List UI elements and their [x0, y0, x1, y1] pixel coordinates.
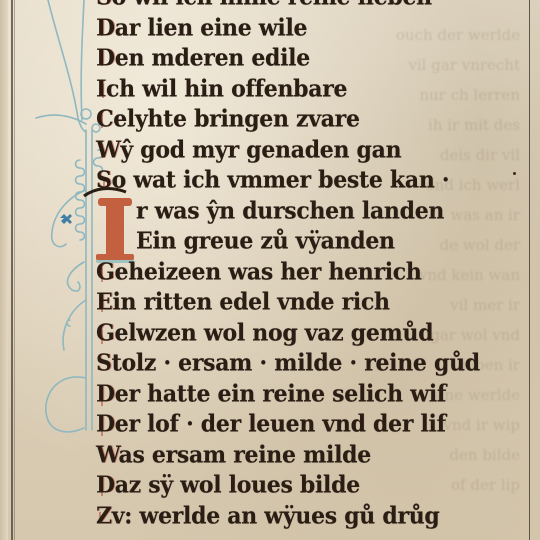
verse-line: Ein greue zů vÿanden — [96, 225, 526, 258]
verse-line: r was ŷn durschen landen — [96, 194, 526, 227]
verse-text-block: So wil ich nnne reine lieben Dar lien ei… — [96, 0, 526, 531]
verse-line: Ich wil hin offenbare — [96, 72, 526, 105]
verse-line: Der hatte ein reine selich wif — [96, 377, 526, 410]
line-capital: Z — [96, 501, 112, 529]
line-capital: D — [96, 471, 115, 499]
line-text: in ritten edel vnde rich — [112, 288, 389, 316]
left-frame-rule-inner — [14, 0, 15, 540]
verse-line: Stolz · ersam · milde · reine gůd — [96, 347, 526, 380]
line-capital: G — [96, 257, 115, 285]
verse-line: Der lof · der leuen vnd der lif — [96, 408, 526, 441]
line-capital: D — [96, 379, 115, 407]
right-frame-rule — [529, 0, 530, 540]
verse-line: Dar lien eine wile — [96, 11, 526, 44]
verse-line: Den mderen edile — [96, 42, 526, 75]
manuscript-page: ouch der werlde vil gar vnrecht nur ch l… — [0, 0, 540, 540]
line-capital: C — [96, 105, 113, 133]
line-text: elyhte bringen zvare — [113, 105, 359, 133]
left-frame-rule — [11, 0, 13, 540]
line-text: az sÿ wol loues bilde — [115, 471, 360, 499]
line-text: tolz · ersam · milde · reine gůd — [112, 349, 480, 377]
verse-line: Was ersam reine milde — [96, 438, 526, 471]
verse-line: Wŷ god myr genaden gan — [96, 133, 526, 166]
line-text: o wil ich nnne reine lieben — [112, 0, 432, 11]
verse-line: Geheizeen was her henrich — [96, 255, 526, 288]
verse-line: Gelwzen wol nog vaz gemůd — [96, 316, 526, 349]
line-text: ar lien eine wile — [115, 13, 307, 41]
punctus-mark — [513, 172, 516, 175]
line-capital: S — [96, 0, 112, 11]
line-capital: G — [96, 318, 115, 346]
line-capital: E — [96, 288, 112, 316]
parchment-edge — [0, 0, 8, 540]
line-text: er lof · der leuen vnd der lif — [115, 410, 446, 438]
line-capital: S — [96, 349, 112, 377]
line-text: elwzen wol nog vaz gemůd — [115, 318, 434, 346]
line-capital: D — [96, 44, 115, 72]
line-text: o wat ich vmmer beste kan · — [112, 166, 450, 194]
line-capital: S — [96, 166, 112, 194]
line-text: en mderen edile — [115, 44, 310, 72]
line-capital: I — [96, 74, 106, 102]
line-text: eheizeen was her henrich — [115, 257, 422, 285]
line-text: ch wil hin offenbare — [106, 74, 347, 102]
line-text: er hatte ein reine selich wif — [115, 379, 446, 407]
verse-line: Ein ritten edel vnde rich — [96, 286, 526, 319]
verse-line: Celyhte bringen zvare — [96, 103, 526, 136]
line-text: ŷ god myr genaden gan — [120, 135, 401, 163]
line-text: Ein greue zů vÿanden — [136, 227, 395, 255]
line-capital: D — [96, 410, 115, 438]
verse-line: So wat ich vmmer beste kan · — [96, 164, 526, 197]
line-text: r was ŷn durschen landen — [136, 196, 444, 224]
line-capital: W — [96, 440, 119, 468]
line-text: v: werlde an wÿues gů drůg — [112, 501, 440, 529]
line-text: as ersam reine milde — [119, 440, 371, 468]
verse-line: Daz sÿ wol loues bilde — [96, 469, 526, 502]
verse-line: Zv: werlde an wÿues gů drůg — [96, 499, 526, 532]
line-capital: W — [96, 135, 120, 163]
line-capital: D — [96, 13, 115, 41]
